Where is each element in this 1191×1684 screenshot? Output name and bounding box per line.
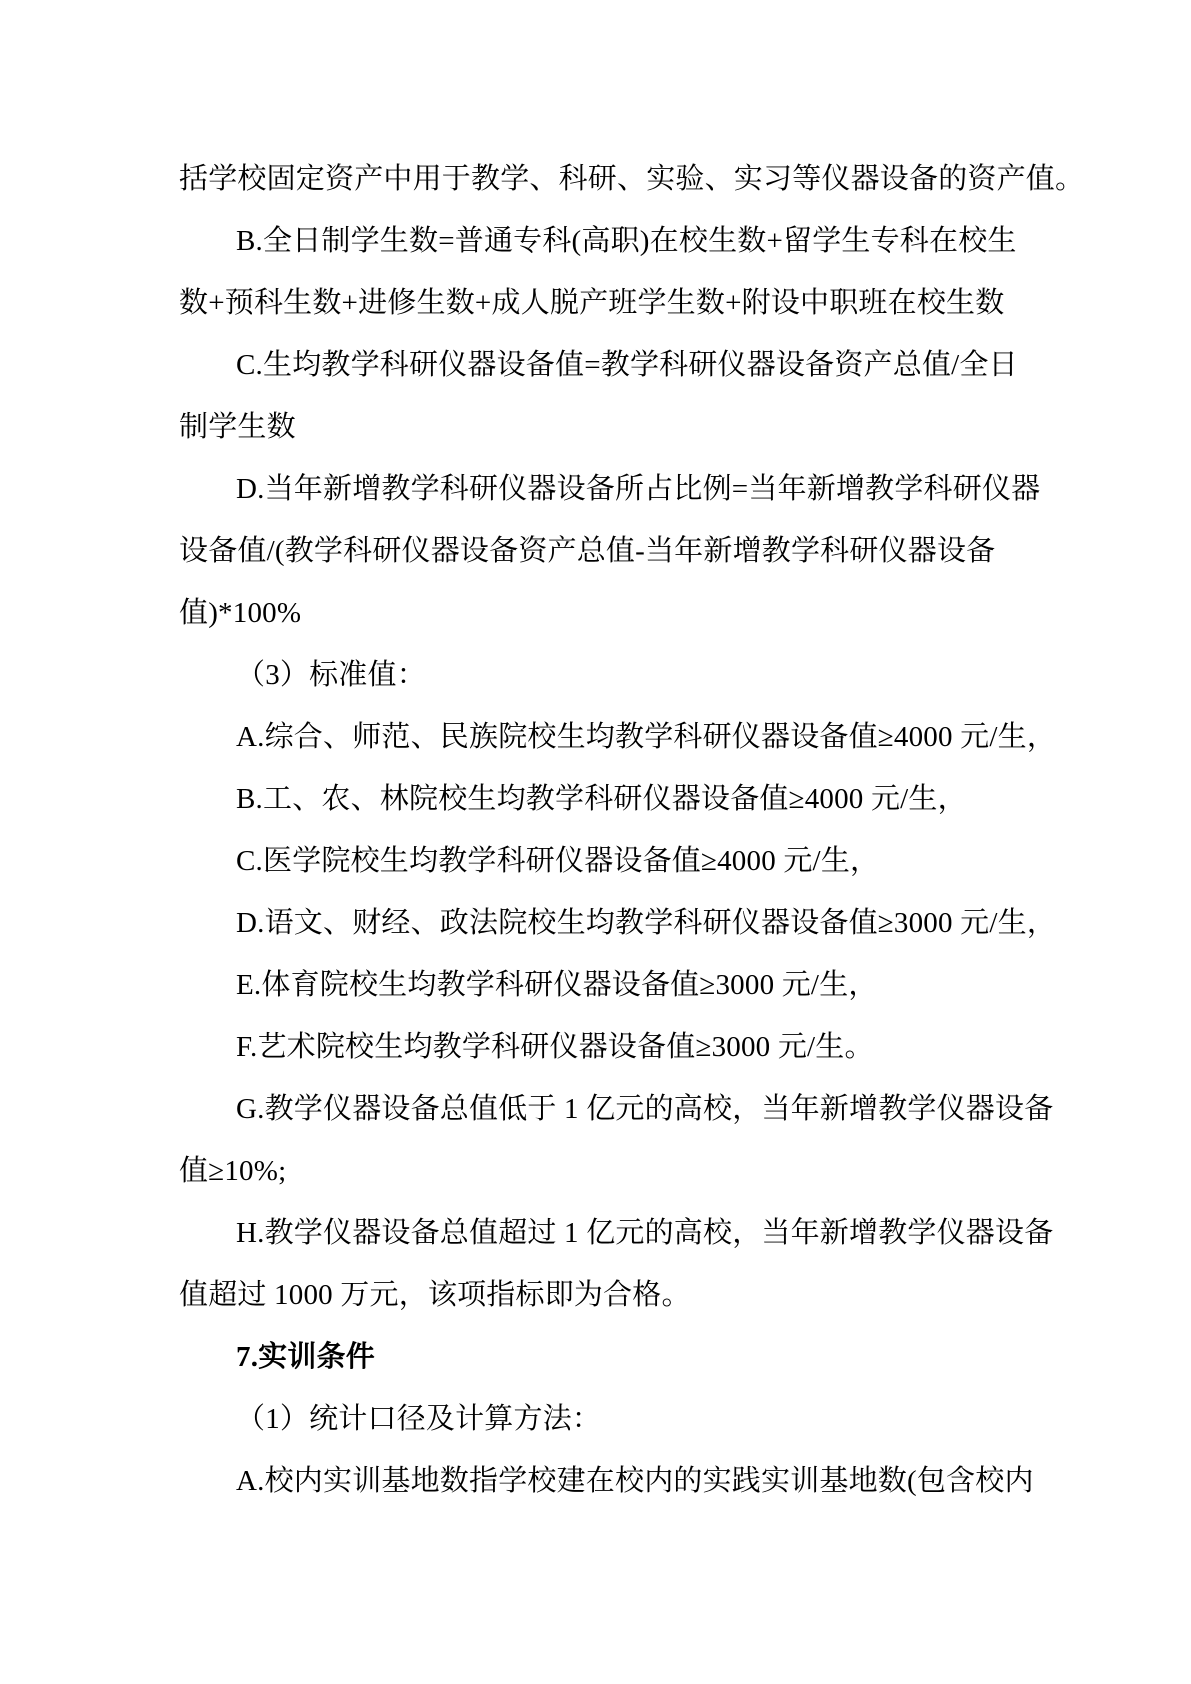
- text-line: 数+预科生数+进修生数+成人脱产班学生数+附设中职班在校生数: [179, 272, 1059, 334]
- text-line: D.语文、财经、政法院校生均教学科研仪器设备值≥3000 元/生，: [179, 892, 1059, 954]
- document-page: 括学校固定资产中用于教学、科研、实验、实习等仪器设备的资产值。B.全日制学生数=…: [0, 0, 1191, 1684]
- text-line: 值≥10%;: [179, 1140, 1059, 1202]
- text-line: H.教学仪器设备总值超过 1 亿元的高校，当年新增教学仪器设备: [179, 1202, 1059, 1264]
- text-line: B.工、农、林院校生均教学科研仪器设备值≥4000 元/生，: [179, 768, 1059, 830]
- text-line: A.综合、师范、民族院校生均教学科研仪器设备值≥4000 元/生，: [179, 706, 1059, 768]
- text-line: D.当年新增教学科研仪器设备所占比例=当年新增教学科研仪器: [179, 458, 1059, 520]
- text-line: A.校内实训基地数指学校建在校内的实践实训基地数(包含校内: [179, 1450, 1059, 1512]
- text-line: C.生均教学科研仪器设备值=教学科研仪器设备资产总值/全日: [179, 334, 1059, 396]
- text-line: F.艺术院校生均教学科研仪器设备值≥3000 元/生。: [179, 1016, 1059, 1078]
- document-body: 括学校固定资产中用于教学、科研、实验、实习等仪器设备的资产值。B.全日制学生数=…: [179, 148, 1059, 1512]
- text-line: 值超过 1000 万元，该项指标即为合格。: [179, 1264, 1059, 1326]
- text-line: （3）标准值：: [179, 644, 1059, 706]
- text-line: 值)*100%: [179, 582, 1059, 644]
- text-line: （1）统计口径及计算方法：: [179, 1388, 1059, 1450]
- text-line: B.全日制学生数=普通专科(高职)在校生数+留学生专科在校生: [179, 210, 1059, 272]
- text-line: 设备值/(教学科研仪器设备资产总值-当年新增教学科研仪器设备: [179, 520, 1059, 582]
- text-line: G.教学仪器设备总值低于 1 亿元的高校，当年新增教学仪器设备: [179, 1078, 1059, 1140]
- section-heading: 7.实训条件: [179, 1326, 1059, 1388]
- text-line: C.医学院校生均教学科研仪器设备值≥4000 元/生，: [179, 830, 1059, 892]
- text-line: 括学校固定资产中用于教学、科研、实验、实习等仪器设备的资产值。: [179, 148, 1059, 210]
- text-line: E.体育院校生均教学科研仪器设备值≥3000 元/生，: [179, 954, 1059, 1016]
- text-line: 制学生数: [179, 396, 1059, 458]
